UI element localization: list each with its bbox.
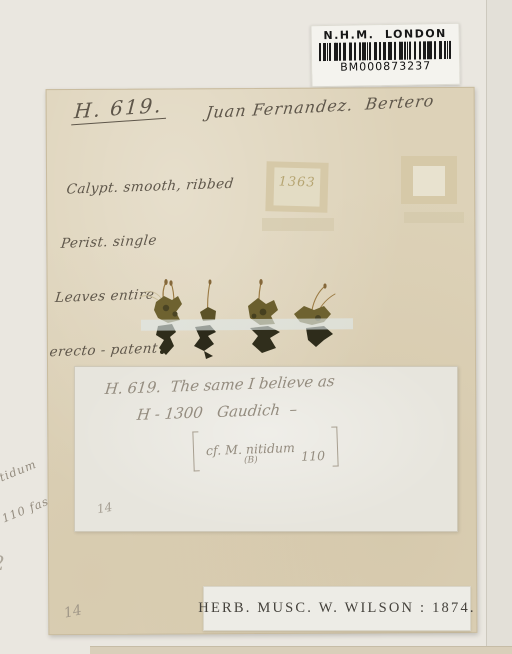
barcode-label: N.H.M. LONDON BM000873237 [310, 23, 460, 88]
right-bracket [331, 426, 338, 466]
packet-label: 1363 [274, 167, 321, 206]
bracket-number: 110 [301, 448, 325, 464]
faded-packet-left: 1363 [265, 161, 328, 213]
pencil-mark: 14 [96, 500, 113, 516]
mounting-tape [141, 318, 353, 330]
printed-herbarium-label: HERB. MUSC. W. WILSON : 1874. [203, 586, 471, 631]
margin-note-line: 110 fas [0, 494, 53, 526]
backing-sheet-edge [486, 0, 512, 654]
moss-specimen-3 [248, 279, 280, 353]
left-bracket [192, 431, 199, 471]
determination-note: H. 619. The same I believe as H - 1300 G… [74, 366, 458, 532]
description-line: Calypt. smooth, ribbed [66, 175, 235, 199]
lower-sheet-edge [90, 646, 512, 654]
moss-specimen-2 [194, 279, 216, 359]
packet-label [413, 166, 445, 196]
institution-name: N.H.M. LONDON [312, 27, 459, 43]
description-line: Perist. single [60, 229, 229, 253]
barcode-number: BM000873237 [312, 59, 459, 75]
bracketed-annotation: cf. M. nitidum (B) 110 [192, 426, 338, 471]
faded-band-left [262, 218, 334, 231]
moss-specimens [128, 276, 363, 371]
determination-line-2: H - 1300 Gaudich – [136, 400, 298, 424]
faded-packet-right [401, 156, 457, 204]
determination-line-1: H. 619. The same I believe as [104, 372, 336, 398]
faded-band-right [404, 212, 464, 223]
margin-note-line: nitidum [0, 458, 39, 490]
herbarium-scan: N.H.M. LONDON BM000873237 H. 619. Juan F… [0, 0, 512, 654]
packet-number: 1363 [274, 174, 320, 190]
bracket-subtext: (B) [244, 455, 258, 465]
margin-note-line: o [0, 422, 24, 454]
moss-specimen-1 [140, 279, 182, 355]
edge-pencil-mark: 2 [0, 551, 5, 575]
herbarium-label-text: HERB. MUSC. W. WILSON : 1874. [198, 600, 475, 617]
moss-specimen-4 [294, 283, 335, 347]
